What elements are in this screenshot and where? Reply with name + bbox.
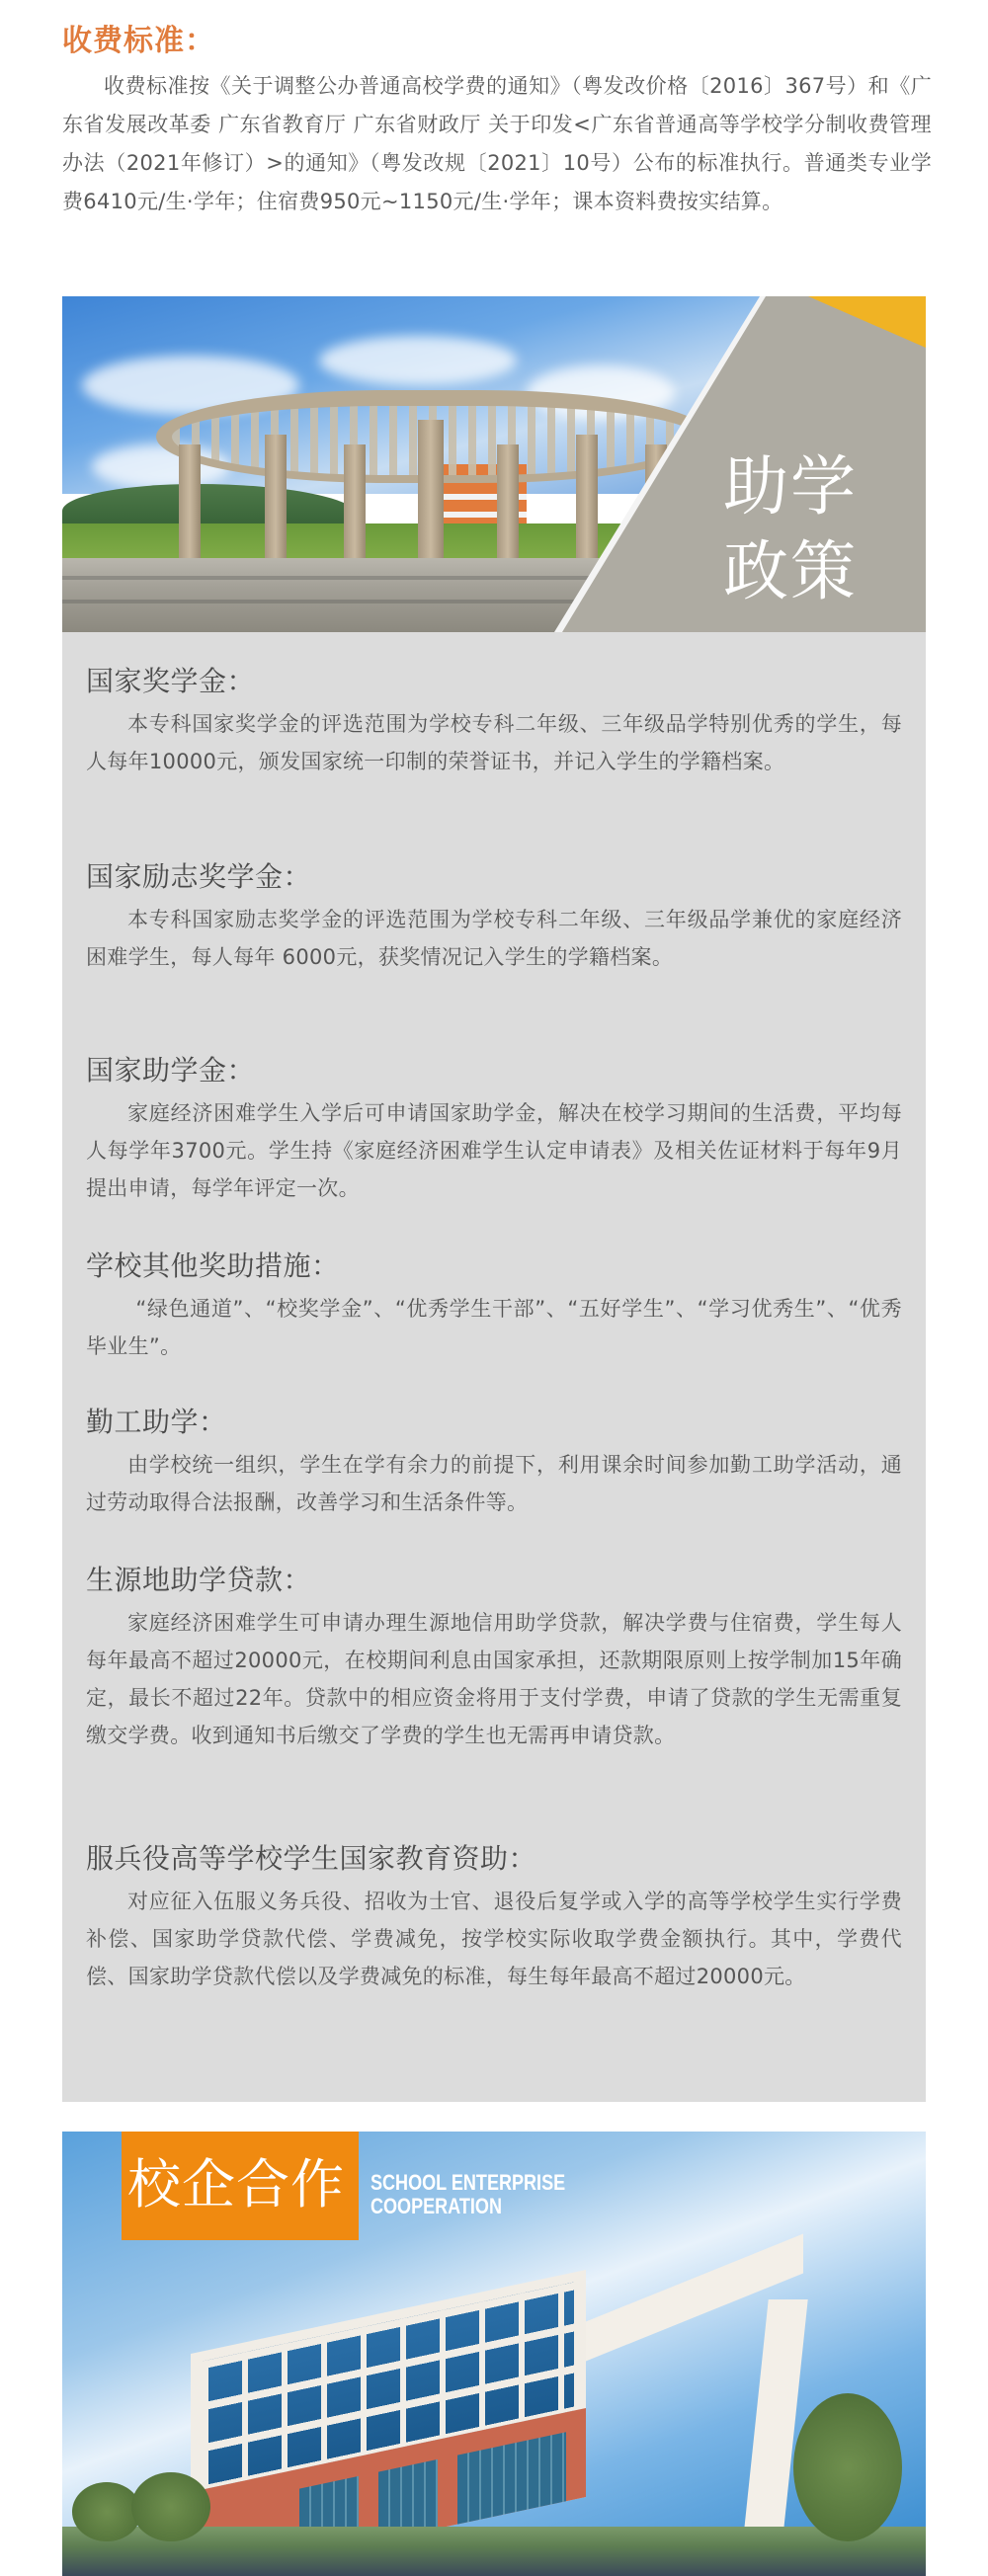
tree <box>793 2393 902 2541</box>
aid-item-heading: 勤工助学： <box>86 1403 902 1442</box>
aid-item-heading: 国家助学金： <box>86 1051 902 1090</box>
aid-item-body: 家庭经济困难学生可申请办理生源地信用助学贷款，解决学费与住宿费，学生每人每年最高… <box>86 1604 902 1754</box>
aid-item-other-measures: 学校其他奖助措施： “绿色通道”、“校奖学金”、“优秀学生干部”、“五好学生”、… <box>86 1247 902 1365</box>
tree <box>131 2472 210 2541</box>
aid-item-body: 本专科国家励志奖学金的评选范围为学校专科二年级、三年级品学兼优的家庭经济困难学生… <box>86 901 902 976</box>
coop-title: 校企合作 <box>127 2149 345 2220</box>
coop-subtitle: SCHOOL ENTERPRISE COOPERATION <box>370 2171 565 2218</box>
aid-item-heading: 国家奖学金： <box>86 662 902 701</box>
aid-item-military-service-aid: 服兵役高等学校学生国家教育资助： 对应征入伍服义务兵役、招收为士官、退役后复学或… <box>86 1839 902 1995</box>
coop-subtitle-line1: SCHOOL ENTERPRISE <box>370 2171 565 2195</box>
aid-item-heading: 生源地助学贷款： <box>86 1561 902 1600</box>
aid-item-national-scholarship: 国家奖学金： 本专科国家奖学金的评选范围为学校专科二年级、三年级品学特别优秀的学… <box>86 662 902 780</box>
aid-policy-banner: 助学 政策 <box>62 296 926 632</box>
aid-policy-panel: 国家奖学金： 本专科国家奖学金的评选范围为学校专科二年级、三年级品学特别优秀的学… <box>62 632 926 2102</box>
aid-item-heading: 学校其他奖助措施： <box>86 1247 902 1286</box>
fee-standard-title: 收费标准： <box>62 22 932 61</box>
fee-standard-section: 收费标准： 收费标准按《关于调整公办普通高校学费的通知》（粤发改价格〔2016〕… <box>62 22 932 221</box>
aid-policy-title: 助学 政策 <box>716 444 864 614</box>
coop-subtitle-line2: COOPERATION <box>370 2195 565 2218</box>
aid-item-body: 家庭经济困难学生入学后可申请国家助学金，解决在校学习期间的生活费，平均每人每学年… <box>86 1094 902 1207</box>
aid-item-student-loan: 生源地助学贷款： 家庭经济困难学生可申请办理生源地信用助学贷款，解决学费与住宿费… <box>86 1561 902 1754</box>
aid-item-body: 对应征入伍服义务兵役、招收为士官、退役后复学或入学的高等学校学生实行学费补偿、国… <box>86 1883 902 1995</box>
aid-item-body: 由学校统一组织，学生在学有余力的前提下，利用课余时间参加勤工助学活动，通过劳动取… <box>86 1446 902 1521</box>
fee-standard-body: 收费标准按《关于调整公办普通高校学费的通知》（粤发改价格〔2016〕367号）和… <box>62 67 932 221</box>
aid-title-line1: 助学 <box>716 444 864 529</box>
aid-item-national-grant: 国家助学金： 家庭经济困难学生入学后可申请国家助学金，解决在校学习期间的生活费，… <box>86 1051 902 1207</box>
aid-item-encouragement-scholarship: 国家励志奖学金： 本专科国家励志奖学金的评选范围为学校专科二年级、三年级品学兼优… <box>86 857 902 976</box>
school-enterprise-banner: 校企合作 SCHOOL ENTERPRISE COOPERATION <box>62 2132 926 2576</box>
aid-item-heading: 国家励志奖学金： <box>86 857 902 897</box>
aid-item-body: “绿色通道”、“校奖学金”、“优秀学生干部”、“五好学生”、“学习优秀生”、“优… <box>86 1290 902 1365</box>
aid-item-work-study: 勤工助学： 由学校统一组织，学生在学有余力的前提下，利用课余时间参加勤工助学活动… <box>86 1403 902 1521</box>
aid-title-line2: 政策 <box>716 529 864 614</box>
aid-item-heading: 服兵役高等学校学生国家教育资助： <box>86 1839 902 1879</box>
aid-item-body: 本专科国家奖学金的评选范围为学校专科二年级、三年级品学特别优秀的学生，每人每年1… <box>86 705 902 780</box>
